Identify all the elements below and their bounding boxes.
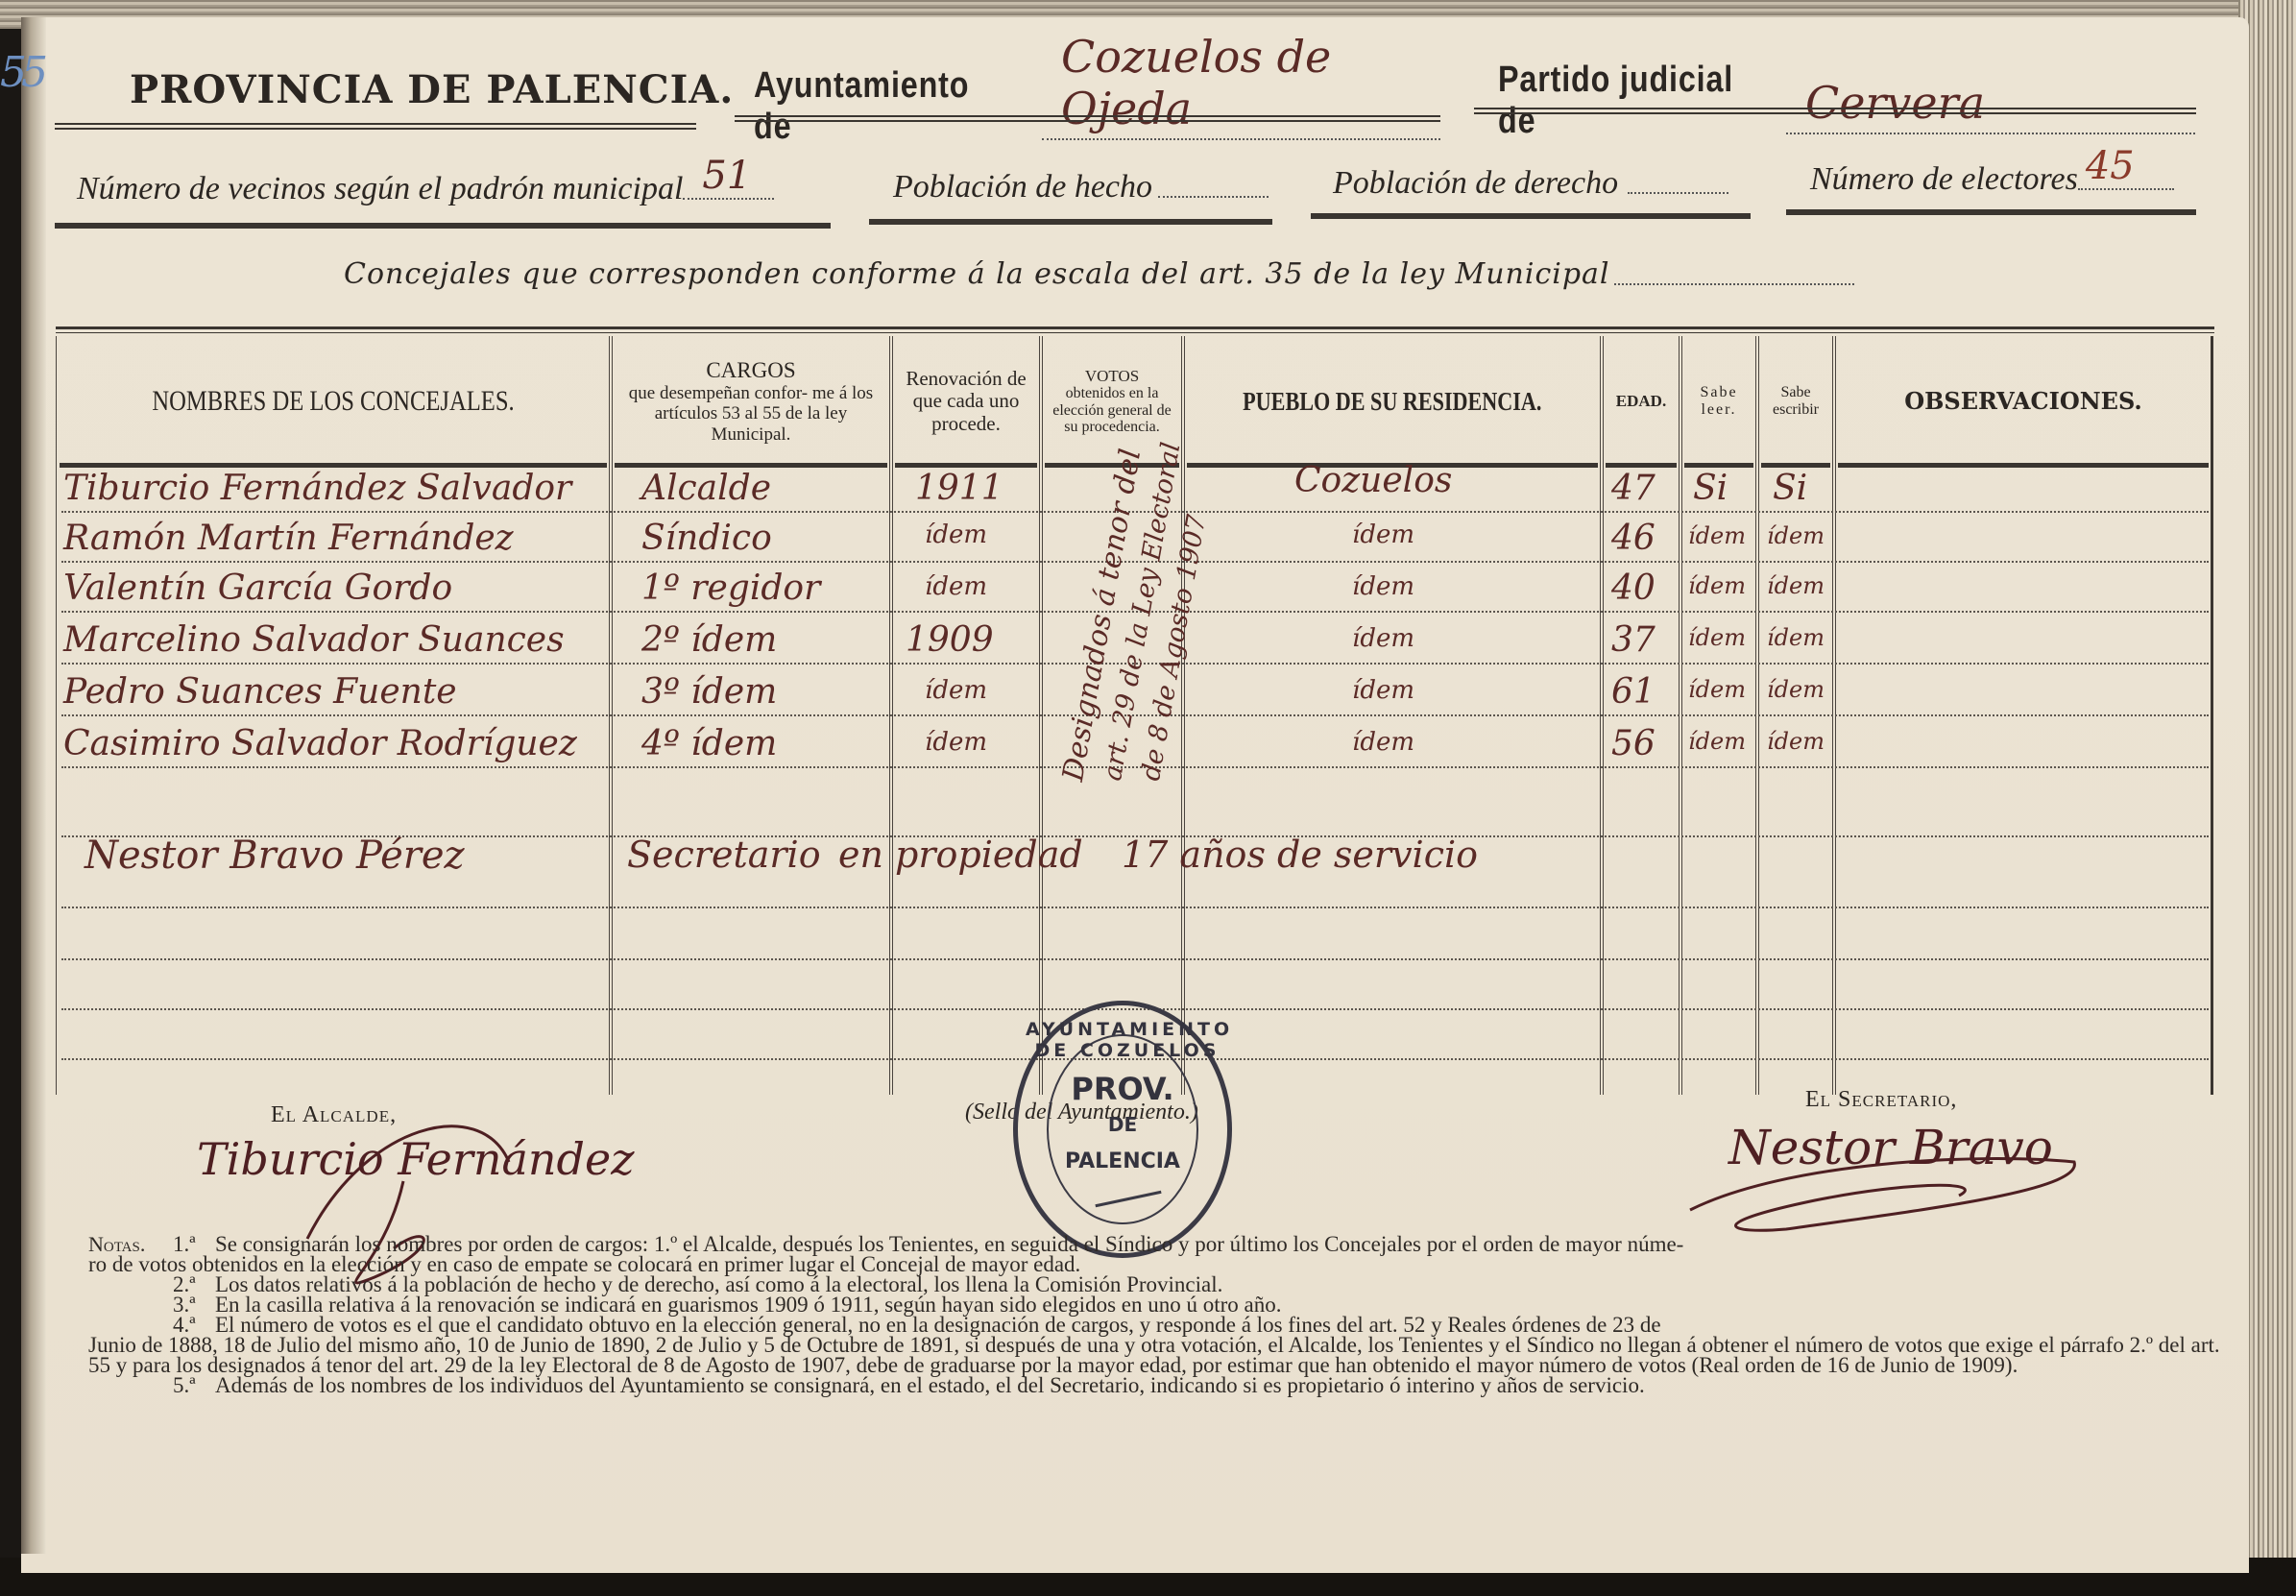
row-nombre: Casimiro Salvador Rodríguez: [63, 724, 577, 763]
provincia-title: PROVINCIA DE PALENCIA.: [130, 67, 734, 112]
row-pueblo: ídem: [1352, 676, 1414, 705]
electores-value: 45: [2086, 144, 2135, 188]
row-cargo: 4º ídem: [641, 724, 777, 763]
row-line: [61, 766, 2209, 768]
header-nombres: NOMBRES DE LOS CONCEJALES.: [60, 340, 607, 463]
seal-palencia: PALENCIA: [1018, 1149, 1227, 1173]
row-escribir: ídem: [1767, 522, 1825, 549]
note-text: Se consignarán los nombres por orden de …: [215, 1234, 2230, 1254]
row-pueblo: ídem: [1352, 728, 1414, 757]
header-rule: [1474, 108, 2196, 114]
electores-label: Número de electores: [1810, 161, 2078, 198]
electores-field: Número de electores 45: [1810, 161, 2174, 198]
row-pueblo: ídem: [1352, 520, 1414, 549]
note-text: El número de votos es el que el candidat…: [215, 1315, 2230, 1335]
row-escribir: ídem: [1767, 624, 1825, 651]
partido-dots: Cervera: [1786, 125, 2195, 134]
header-observaciones: OBSERVACIONES.: [1838, 340, 2209, 463]
concejales-field: Concejales que corresponden conforme á l…: [344, 257, 1854, 291]
row-line: [61, 958, 2209, 960]
header-rule: [1761, 463, 1830, 468]
row-renovacion: ídem: [925, 676, 987, 705]
row-line: [61, 907, 2209, 908]
row-edad: 47: [1611, 469, 1656, 508]
header-rule: [895, 463, 1037, 468]
note-number: 5.ª: [173, 1375, 215, 1395]
row-leer: ídem: [1688, 624, 1746, 651]
header-sabe-leer-label: Sabe leer.: [1684, 384, 1753, 419]
secretario-label: El Secretario,: [1805, 1087, 1957, 1113]
poblacion-derecho-value: [1628, 186, 1728, 194]
column-divider: [2211, 336, 2213, 1095]
header-votos-title: VOTOS: [1085, 367, 1139, 385]
secretario-flourish-icon: [1671, 1143, 2113, 1239]
page-gutter: [21, 17, 46, 1554]
provincia-heading: PROVINCIA DE PALENCIA.: [130, 67, 734, 112]
note-text: En la casilla relativa á la renovación s…: [215, 1294, 2230, 1315]
summary-rule: [55, 223, 831, 229]
note-number: 1.ª: [173, 1234, 215, 1254]
poblacion-hecho-field: Población de hecho: [893, 169, 1269, 206]
header-edad-label: EDAD.: [1616, 392, 1666, 410]
row-leer: ídem: [1688, 522, 1746, 549]
header-cargos-sub: que desempeñan confor- me á los artículo…: [616, 383, 885, 445]
header-rule: [60, 463, 607, 468]
row-cargo: 3º ídem: [641, 672, 777, 712]
note-spacer: [88, 1274, 173, 1294]
row-renovacion: ídem: [925, 572, 987, 601]
page-marker: 55: [0, 48, 42, 97]
note-number: 3.ª: [173, 1294, 215, 1315]
row-renovacion: 1911: [915, 469, 1003, 508]
row-nombre: Tiburcio Fernández Salvador: [63, 469, 571, 508]
note-item: 4.ª El número de votos es el que el cand…: [88, 1315, 2230, 1335]
vecinos-label: Número de vecinos según el padrón munici…: [77, 171, 683, 207]
secretario-servicio: 17 años de servicio: [1122, 834, 1478, 876]
ayuntamiento-seal: AYUNTAMIENTO DE COZUELOS PROV. DE PALENC…: [1013, 1001, 1232, 1258]
poblacion-derecho-label: Población de derecho: [1333, 165, 1618, 202]
header-sabe-escribir: Sabe escribir: [1761, 340, 1830, 463]
electores-dots: 45: [2078, 182, 2174, 190]
seal-prov: PROV.: [1018, 1071, 1227, 1107]
ayuntamiento-dots: Cozuelos de Ojeda: [1042, 131, 1440, 140]
poblacion-derecho-field: Población de derecho: [1333, 165, 1728, 202]
header-rule: [55, 123, 696, 130]
ayuntamiento-label: Ayuntamiento de: [754, 65, 999, 148]
summary-rule: [1311, 213, 1751, 219]
row-escribir: ídem: [1767, 676, 1825, 703]
row-pueblo: ídem: [1352, 624, 1414, 653]
note-text: Además de los nombres de los individuos …: [215, 1375, 2230, 1395]
note-continuation: ro de votos obtenidos en la elección y e…: [88, 1254, 2230, 1274]
row-edad: 40: [1611, 568, 1656, 608]
partido-value: Cervera: [1805, 77, 1985, 129]
row-escribir: Si: [1773, 469, 1807, 508]
header-renovacion: Renovación de que cada uno procede.: [895, 340, 1037, 463]
note-spacer: [88, 1375, 173, 1395]
row-leer: ídem: [1688, 676, 1746, 703]
vecinos-dots: 51: [683, 192, 774, 200]
notes-label: Notas.: [88, 1234, 173, 1254]
secretario-cargo: Secretario: [627, 834, 821, 876]
row-cargo: 1º regidor: [641, 568, 820, 608]
row-leer: ídem: [1688, 728, 1746, 755]
row-nombre: Marcelino Salvador Suances: [63, 620, 565, 660]
ayuntamiento-field: Ayuntamiento de Cozuelos de Ojeda: [754, 65, 1440, 148]
row-edad: 56: [1611, 724, 1656, 763]
secretario-nombre: Nestor Bravo Pérez: [85, 834, 465, 878]
row-edad: 37: [1611, 620, 1656, 660]
row-escribir: ídem: [1767, 728, 1825, 755]
poblacion-hecho-value: [1158, 190, 1269, 198]
row-edad: 61: [1611, 672, 1656, 712]
summary-rule: [1786, 209, 2196, 215]
header-sabe-leer: Sabe leer.: [1684, 340, 1753, 463]
concejales-value: [1614, 278, 1854, 285]
row-pueblo: Cozuelos: [1294, 461, 1452, 500]
note-number: 4.ª: [173, 1315, 215, 1335]
row-nombre: Ramón Martín Fernández: [63, 519, 514, 558]
row-cargo: Síndico: [641, 519, 772, 558]
note-item: Notas. 1.ª Se consignarán los nombres po…: [88, 1234, 2230, 1254]
row-leer: Si: [1693, 469, 1728, 508]
summary-rule: [869, 219, 1272, 225]
note-item: 2.ª Los datos relativos á la población d…: [88, 1274, 2230, 1294]
row-renovacion: ídem: [925, 520, 987, 549]
table-top-rule: [56, 326, 2214, 333]
concejales-table: NOMBRES DE LOS CONCEJALES. CARGOS que de…: [56, 326, 2214, 1095]
poblacion-hecho-label: Población de hecho: [893, 169, 1152, 206]
column-divider: [56, 336, 57, 1095]
note-spacer: [88, 1294, 173, 1315]
header-rule: [1838, 463, 2209, 468]
partido-field: Partido judicial de Cervera: [1498, 60, 2195, 142]
header-pueblo: PUEBLO DE SU RESIDENCIA.: [1187, 340, 1598, 463]
row-renovacion: 1909: [906, 620, 994, 660]
notes-section: Notas. 1.ª Se consignarán los nombres po…: [88, 1234, 2230, 1395]
row-cargo: Alcalde: [641, 469, 771, 508]
note-text: Los datos relativos á la población de he…: [215, 1274, 2230, 1294]
header-nombres-label: NOMBRES DE LOS CONCEJALES.: [152, 385, 514, 418]
header-votos-sub: obtenidos en la elección general de su p…: [1045, 385, 1179, 437]
concejales-label: Concejales que corresponden conforme á l…: [344, 257, 1610, 291]
note-item: 5.ª Además de los nombres de los individ…: [88, 1375, 2230, 1395]
note-item: 3.ª En la casilla relativa á la renovaci…: [88, 1294, 2230, 1315]
header-sabe-escribir-label: Sabe escribir: [1761, 384, 1830, 419]
header-rule: [735, 115, 1440, 122]
row-pueblo: ídem: [1352, 572, 1414, 601]
secretario-propiedad: en propiedad: [838, 834, 1083, 876]
note-continuation: Junio de 1888, 18 de Julio del mismo año…: [88, 1335, 2230, 1375]
header-pueblo-label: PUEBLO DE SU RESIDENCIA.: [1243, 387, 1541, 416]
partido-label: Partido judicial de: [1498, 60, 1743, 142]
row-leer: ídem: [1688, 572, 1746, 599]
header-rule: [1606, 463, 1677, 468]
seal-de: DE: [1018, 1113, 1227, 1136]
row-escribir: ídem: [1767, 572, 1825, 599]
note-number: 2.ª: [173, 1274, 215, 1294]
vecinos-value: 51: [702, 154, 751, 198]
header-renovacion-label: Renovación de que cada uno procede.: [895, 368, 1037, 436]
header-observaciones-label: OBSERVACIONES.: [1904, 389, 2142, 415]
header-cargos-title: CARGOS: [706, 358, 795, 383]
header-cargos: CARGOS que desempeñan confor- me á los a…: [615, 340, 887, 463]
row-nombre: Valentín García Gordo: [63, 568, 452, 608]
row-renovacion: ídem: [925, 728, 987, 757]
row-cargo: 2º ídem: [641, 620, 777, 660]
row-nombre: Pedro Suances Fuente: [63, 672, 457, 712]
note-spacer: [88, 1315, 173, 1335]
header-rule: [615, 463, 887, 468]
seal-ring-text: AYUNTAMIENTO DE COZUELOS: [1026, 1019, 1229, 1061]
header-edad: EDAD.: [1606, 340, 1677, 463]
header-rule: [1684, 463, 1753, 468]
vecinos-field: Número de vecinos según el padrón munici…: [77, 171, 774, 207]
row-edad: 46: [1611, 519, 1656, 558]
